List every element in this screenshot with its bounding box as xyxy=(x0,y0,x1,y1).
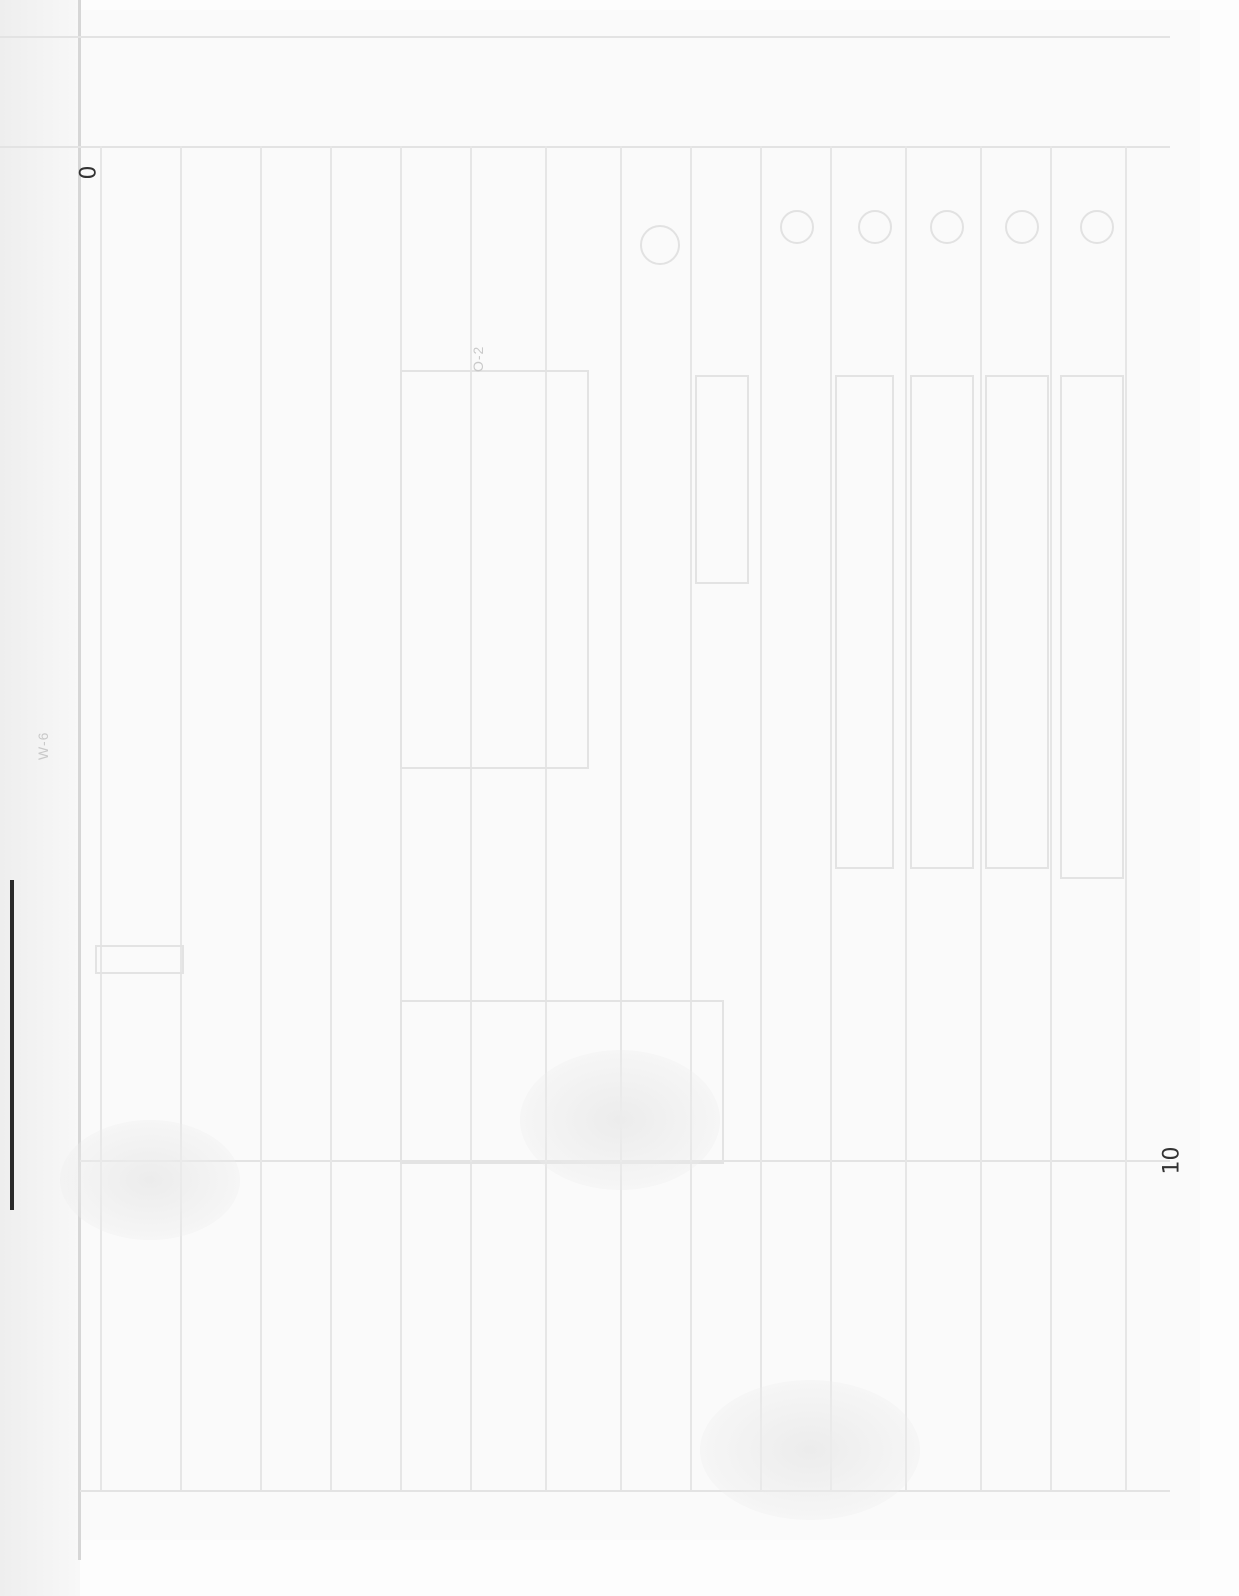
column-rule xyxy=(180,146,182,1490)
relay-box-o2 xyxy=(400,370,589,769)
column-rule xyxy=(100,146,102,1490)
column-rule xyxy=(1050,146,1052,1490)
column-rule xyxy=(620,146,622,1490)
column-rule xyxy=(980,146,982,1490)
column-rule xyxy=(260,146,262,1490)
column-rule xyxy=(905,146,907,1490)
header-rule xyxy=(0,146,1170,148)
fold-line xyxy=(78,0,81,1560)
terminal-strip xyxy=(95,945,184,974)
column-rule xyxy=(545,146,547,1490)
gauge-symbol xyxy=(858,210,892,244)
scan-shadow xyxy=(0,0,80,1596)
component-box xyxy=(1060,375,1124,879)
component-box xyxy=(835,375,894,869)
column-rule xyxy=(690,146,692,1490)
scanned-sheet: O-2 W-6 0 10 xyxy=(0,0,1239,1596)
scan-edge-strip xyxy=(10,880,14,1210)
gauge-symbol xyxy=(780,210,814,244)
component-box xyxy=(910,375,974,869)
column-rule xyxy=(400,146,402,1490)
scan-smudge xyxy=(700,1380,920,1520)
gauge-symbol xyxy=(1080,210,1114,244)
column-rule xyxy=(330,146,332,1490)
scan-smudge xyxy=(520,1050,720,1190)
component-box xyxy=(985,375,1049,869)
column-rule xyxy=(760,146,762,1490)
header-label: W-6 xyxy=(35,732,51,760)
top-border-rule xyxy=(0,36,1170,38)
column-rule xyxy=(830,146,832,1490)
component-box xyxy=(695,375,749,584)
column-rule xyxy=(1125,146,1127,1490)
handwritten-mark-right: 10 xyxy=(1160,1147,1185,1175)
gauge-symbol xyxy=(930,210,964,244)
bottom-border-rule xyxy=(80,1490,1170,1492)
handwritten-mark-top: 0 xyxy=(77,166,102,180)
scan-smudge xyxy=(60,1120,240,1240)
gauge-symbol xyxy=(640,225,680,265)
box-label: O-2 xyxy=(470,346,486,372)
gauge-symbol xyxy=(1005,210,1039,244)
